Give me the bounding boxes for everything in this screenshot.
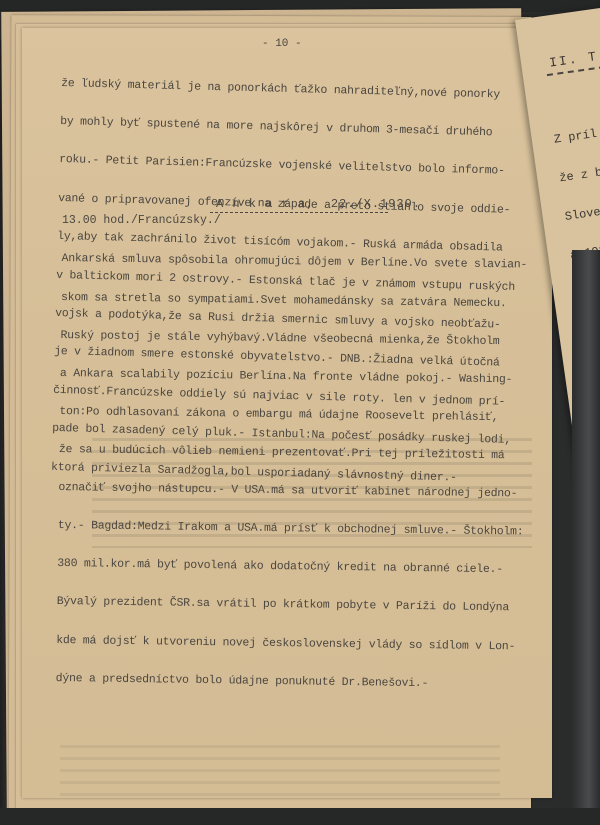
text-line: a Ankara scalabily pozíciu Berlína.Na fr… bbox=[60, 368, 526, 387]
text-line: dýne a predsedníctvo bolo údajne ponuknu… bbox=[56, 673, 522, 692]
scan-background-bottom bbox=[0, 808, 600, 825]
text-line: ty.- Bagdad:Medzi Irakom a USA.má prísť … bbox=[58, 520, 524, 539]
text-line: skom sa stretla so sympatiami.Svet moham… bbox=[61, 292, 527, 311]
binder-edge bbox=[572, 250, 600, 825]
text-line: by mohly byť spustené na more najskôrej … bbox=[60, 116, 519, 141]
text-line: Z príl bbox=[553, 128, 598, 147]
text-line: že z b bbox=[559, 166, 600, 185]
time-source-label: 13.00 hod./Francúzsky./ bbox=[62, 214, 221, 227]
text-line: 380 mil.kor.má byť povolená ako dodatočn… bbox=[57, 558, 523, 577]
text-line: Ankarská smluva spôsobila ohromujúci dôj… bbox=[61, 253, 527, 272]
page-number: - 10 - bbox=[262, 38, 302, 50]
text-line: že sa u budúcich vôlieb nemieni prezento… bbox=[59, 444, 525, 463]
text-line: ton:Po odhlasovaní zákona o embargu má ú… bbox=[59, 406, 525, 425]
text-line: Ruský postoj je stále vyhýbavý.Vládne vš… bbox=[60, 330, 526, 349]
text-line: roku.- Petit Parisien:Francúzske vojensk… bbox=[59, 154, 518, 179]
text-line: že ľudský materiál je na ponorkách ťažko… bbox=[61, 78, 520, 103]
dateline-underline bbox=[210, 212, 388, 213]
text-line: Bývalý prezident ČSR.sa vrátil po krátko… bbox=[57, 596, 523, 615]
paragraph-ankara-report: Ankarská smluva spôsobila ohromujúci dôj… bbox=[55, 228, 527, 704]
text-line: označiť svojho nástupcu.- V USA.má sa ut… bbox=[58, 482, 524, 501]
text-line: kde má dojsť k utvoreniu novej českoslov… bbox=[56, 634, 522, 653]
text-line: Slove bbox=[564, 205, 600, 224]
bleed-through-text bbox=[60, 745, 500, 805]
dateline: A n k a r a, 22./X.1939. bbox=[216, 197, 421, 211]
